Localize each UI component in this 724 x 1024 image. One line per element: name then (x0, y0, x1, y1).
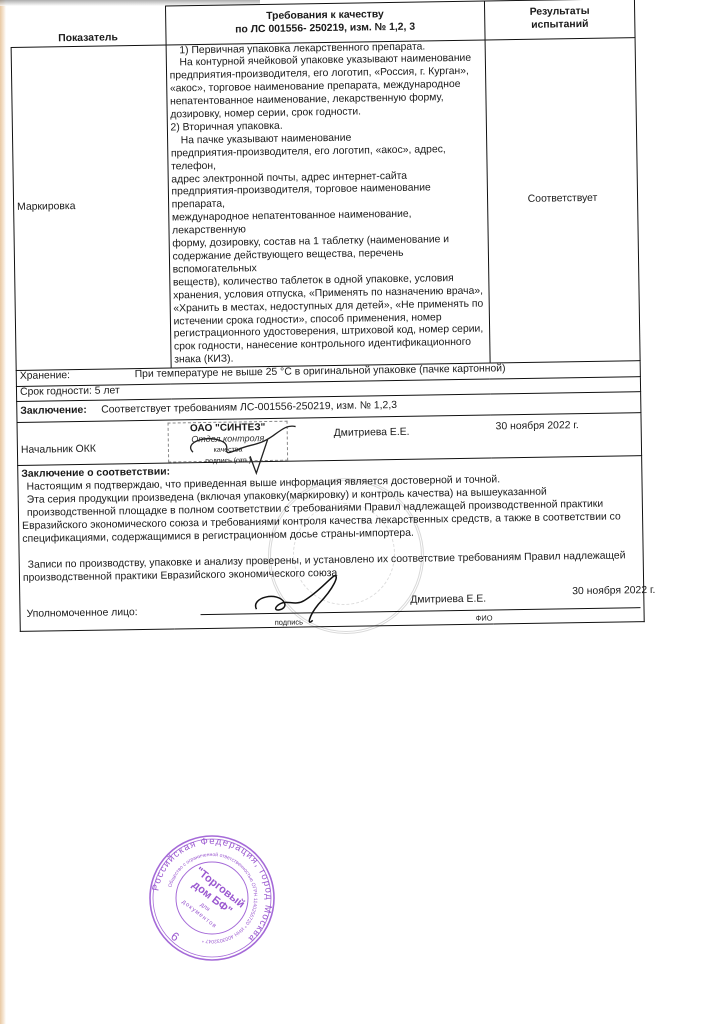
conclusion-label: Заключение: (20, 404, 98, 418)
signature-caption: подпись (275, 617, 304, 630)
authorized-person-row: Уполномоченное лицо: подпись Дмитриева Е… (20, 577, 644, 631)
conformity-section: Заключение о соответствии: Настоящим я п… (18, 456, 643, 587)
header-requirements: Требования к качеству по ЛС 001556- 2502… (165, 1, 485, 45)
storage-label: Хранение: (20, 369, 132, 384)
qc-head-name: Дмитриева Е.Е. (334, 427, 410, 441)
authorized-label: Уполномоченное лицо: (26, 607, 137, 622)
marking-row: Маркировка 1) Первичная упаковка лекарст… (11, 37, 640, 370)
qc-head-role: Начальник ОКК (21, 444, 96, 458)
svg-text:6: 6 (168, 929, 182, 944)
conformity-row: Заключение о соответствии: Настоящим я п… (18, 456, 645, 632)
authorized-date: 30 ноября 2022 г. (572, 585, 655, 599)
shelf-life-value: 5 лет (95, 385, 120, 396)
qc-signature-icon (178, 421, 309, 478)
header-results: Результаты испытаний (484, 0, 635, 40)
shelf-life-label: Срок годности: (20, 386, 92, 398)
qc-head-date: 30 ноября 2022 г. (496, 420, 579, 434)
name-caption: ФИО (476, 613, 493, 626)
header-indicator: Показатель (11, 6, 166, 47)
marking-label: Маркировка (11, 45, 171, 371)
quality-table: Показатель Требования к качеству по ЛС 0… (10, 0, 645, 632)
certificate-page: Показатель Требования к качеству по ЛС 0… (10, 0, 645, 632)
marking-result: Соответствует (485, 37, 640, 363)
conclusion-value: Соответствует требованиям ЛС-001556-2502… (101, 400, 397, 416)
marking-requirements: 1) Первичная упаковка лекарственного пре… (166, 40, 490, 369)
authorized-name: Дмитриева Е.Е. (410, 594, 486, 608)
scan-edge (0, 0, 6, 1024)
purple-round-stamp: Российская Федерация, город Москва Общес… (148, 834, 276, 962)
